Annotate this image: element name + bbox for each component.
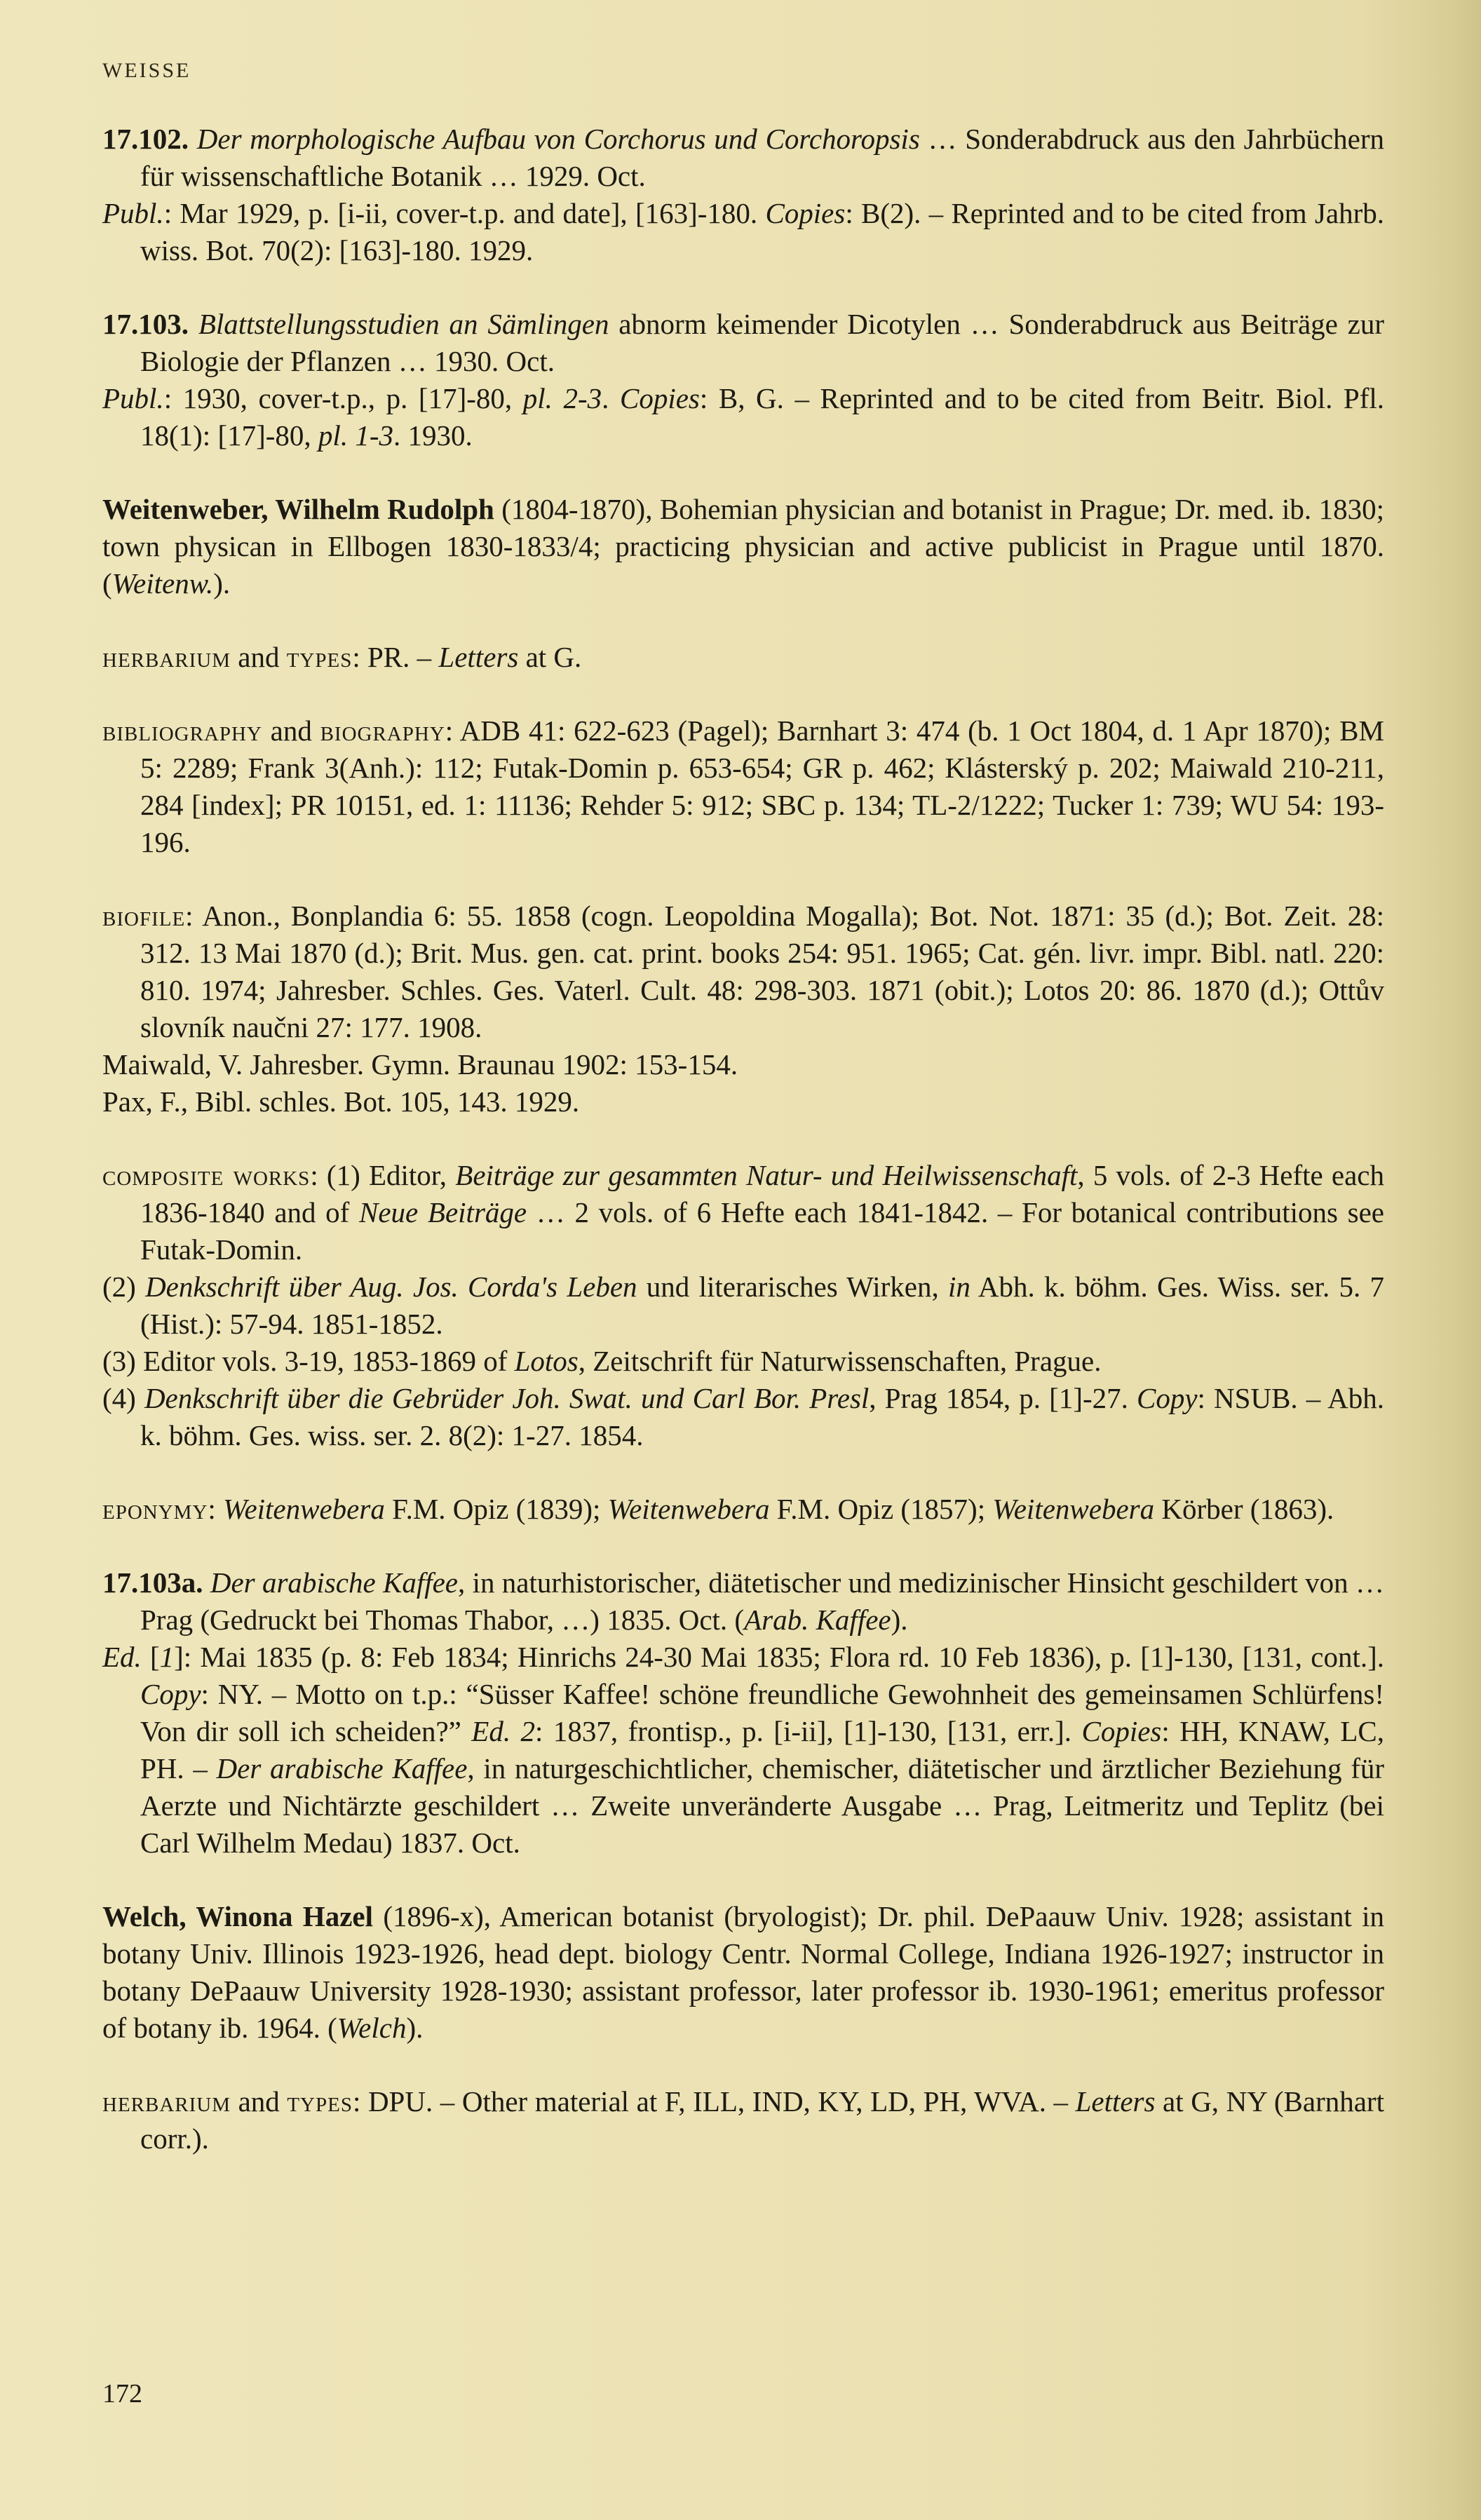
text-run: (4) xyxy=(102,1382,144,1414)
text-run: : (1) Editor, xyxy=(310,1159,455,1191)
section-label: herbarium xyxy=(102,2085,231,2118)
paragraph: Weitenweber, Wilhelm Rudolph (1804-1870)… xyxy=(102,491,1384,602)
paragraph: Publ.: Mar 1929, p. [i-ii, cover-t.p. an… xyxy=(102,195,1384,269)
section-label: herbarium xyxy=(102,641,231,673)
text-run: [ xyxy=(142,1641,160,1673)
text-run xyxy=(189,308,198,340)
block-spacer xyxy=(102,1862,1384,1898)
entry-heading: 17.103a. xyxy=(102,1566,203,1599)
text-run: Maiwald, V. Jahresber. Gymn. Braunau 190… xyxy=(102,1048,738,1081)
text-run: (2) xyxy=(102,1271,145,1303)
paragraph: Pax, F., Bibl. schles. Bot. 105, 143. 19… xyxy=(102,1083,1384,1120)
text-run: Denkschrift über Aug. Jos. Corda's Leben xyxy=(145,1271,637,1303)
text-run: : 1837, frontisp., p. [i-ii], [1]-130, [… xyxy=(535,1715,1081,1747)
entry-17-102: 17.102. Der morphologische Aufbau von Co… xyxy=(102,121,1384,269)
text-run: ). xyxy=(406,2012,423,2044)
text-run: Der arabische Kaffee xyxy=(217,1752,468,1784)
paragraph: herbarium and types: PR. – Letters at G. xyxy=(102,639,1384,676)
text-run: . xyxy=(602,382,620,414)
text-run: Letters xyxy=(438,641,518,673)
text-run: Copies xyxy=(620,382,700,414)
text-run: , Prag 1854, p. [1]-27. xyxy=(869,1382,1137,1414)
text-run: . 1930. xyxy=(393,419,473,452)
text-run: , Zeitschrift für Naturwissenschaften, P… xyxy=(579,1345,1102,1377)
text-run: Weitenwebera xyxy=(223,1493,385,1525)
paragraph: Welch, Winona Hazel (1896-x), American b… xyxy=(102,1898,1384,2047)
paragraph: 17.102. Der morphologische Aufbau von Co… xyxy=(102,121,1384,195)
section-label: composite works xyxy=(102,1159,310,1191)
text-run: Weitenwebera xyxy=(992,1493,1154,1525)
paragraph: 17.103. Blattstellungsstudien an Sämling… xyxy=(102,306,1384,380)
text-run: Publ. xyxy=(102,197,164,229)
paragraph: biofile: Anon., Bonplandia 6: 55. 1858 (… xyxy=(102,897,1384,1046)
page-content: 17.102. Der morphologische Aufbau von Co… xyxy=(102,121,1384,2157)
weitenweber-herbarium: herbarium and types: PR. – Letters at G. xyxy=(102,639,1384,676)
entry-heading: 17.103. xyxy=(102,308,189,340)
text-run: : 1930, cover-t.p., p. [17]-80, xyxy=(164,382,523,414)
entry-heading: Weitenweber, Wilhelm Rudolph xyxy=(102,493,494,525)
paragraph: eponymy: Weitenwebera F.M. Opiz (1839); … xyxy=(102,1491,1384,1528)
block-spacer xyxy=(102,1120,1384,1157)
text-run: Der morphologische Aufbau von Corchorus … xyxy=(197,123,920,155)
text-run: : xyxy=(208,1493,223,1525)
text-run: Ed. 2 xyxy=(471,1715,535,1747)
text-run: pl. 2-3 xyxy=(523,382,602,414)
text-run: ). xyxy=(891,1604,908,1636)
weitenweber-eponymy: eponymy: Weitenwebera F.M. Opiz (1839); … xyxy=(102,1491,1384,1528)
entry-heading: 17.102. xyxy=(102,123,189,155)
text-run: pl. 1-3 xyxy=(318,419,393,452)
text-run: F.M. Opiz (1839); xyxy=(385,1493,608,1525)
section-label: biography xyxy=(320,714,445,747)
block-spacer xyxy=(102,1454,1384,1491)
text-run: Blattstellungsstudien an Sämlingen xyxy=(198,308,609,340)
text-run: Letters xyxy=(1076,2085,1156,2118)
weitenweber-composite-works: composite works: (1) Editor, Beiträge zu… xyxy=(102,1157,1384,1454)
text-run: and xyxy=(231,2085,287,2118)
paragraph: herbarium and types: DPU. – Other materi… xyxy=(102,2083,1384,2157)
text-run: Lotos xyxy=(515,1345,579,1377)
paragraph: bibliography and biography: ADB 41: 622-… xyxy=(102,712,1384,861)
entry-17-103: 17.103. Blattstellungsstudien an Sämling… xyxy=(102,306,1384,454)
text-run: ]: Mai 1835 (p. 8: Feb 1834; Hinrichs 24… xyxy=(174,1641,1384,1673)
block-spacer xyxy=(102,2047,1384,2083)
text-run: F.M. Opiz (1857); xyxy=(769,1493,992,1525)
weitenweber-biofile: biofile: Anon., Bonplandia 6: 55. 1858 (… xyxy=(102,897,1384,1120)
page-number: 172 xyxy=(102,2378,142,2409)
text-run: Weitenwebera xyxy=(608,1493,770,1525)
paragraph: (3) Editor vols. 3-19, 1853-1869 of Loto… xyxy=(102,1343,1384,1380)
section-label: eponymy xyxy=(102,1493,208,1525)
entry-heading: Welch, Winona Hazel xyxy=(102,1900,373,1932)
text-run: : PR. – xyxy=(352,641,438,673)
paragraph: (4) Denkschrift über die Gebrüder Joh. S… xyxy=(102,1380,1384,1454)
running-head: WEISSE xyxy=(102,59,191,83)
text-run: ). xyxy=(213,567,230,599)
text-run: Copy xyxy=(140,1678,201,1710)
block-spacer xyxy=(102,676,1384,712)
text-run: (3) Editor vols. 3-19, 1853-1869 of xyxy=(102,1345,515,1377)
author-weitenweber: Weitenweber, Wilhelm Rudolph (1804-1870)… xyxy=(102,491,1384,602)
weitenweber-bibliography: bibliography and biography: ADB 41: 622-… xyxy=(102,712,1384,861)
text-run xyxy=(203,1566,210,1599)
text-run: 1 xyxy=(160,1641,175,1673)
text-run: : Mar 1929, p. [i-ii, cover-t.p. and dat… xyxy=(164,197,766,229)
entry-17-103a: 17.103a. Der arabische Kaffee, in naturh… xyxy=(102,1564,1384,1862)
text-run: Körber (1863). xyxy=(1154,1493,1334,1525)
text-run: : DPU. – Other material at F, ILL, IND, … xyxy=(353,2085,1076,2118)
text-run: : Anon., Bonplandia 6: 55. 1858 (cogn. L… xyxy=(140,900,1384,1043)
text-run: Denkschrift über die Gebrüder Joh. Swat.… xyxy=(144,1382,869,1414)
text-run: Neue Beiträge xyxy=(359,1196,527,1228)
text-run: and xyxy=(231,641,287,673)
text-run: Beiträge zur gesammten Natur- und Heilwi… xyxy=(455,1159,1077,1191)
welch-herbarium: herbarium and types: DPU. – Other materi… xyxy=(102,2083,1384,2157)
section-label: types xyxy=(287,2085,353,2118)
text-run: and xyxy=(262,714,320,747)
text-run: in xyxy=(948,1271,971,1303)
text-run: Weitenw. xyxy=(112,567,214,599)
paragraph: Ed. [1]: Mai 1835 (p. 8: Feb 1834; Hinri… xyxy=(102,1639,1384,1862)
text-run: Copies xyxy=(765,197,845,229)
block-spacer xyxy=(102,454,1384,491)
section-label: bibliography xyxy=(102,714,262,747)
text-run: Der arabische Kaffee xyxy=(210,1566,458,1599)
paragraph: (2) Denkschrift über Aug. Jos. Corda's L… xyxy=(102,1268,1384,1343)
paragraph: 17.103a. Der arabische Kaffee, in naturh… xyxy=(102,1564,1384,1639)
text-run: Publ. xyxy=(102,382,164,414)
block-spacer xyxy=(102,269,1384,306)
text-run: und literarisches Wirken, xyxy=(637,1271,948,1303)
block-spacer xyxy=(102,1528,1384,1564)
paragraph: Maiwald, V. Jahresber. Gymn. Braunau 190… xyxy=(102,1046,1384,1083)
text-run xyxy=(189,123,197,155)
section-label: types xyxy=(287,641,353,673)
text-run: Copy xyxy=(1137,1382,1198,1414)
block-spacer xyxy=(102,602,1384,639)
text-run: Arab. Kaffee xyxy=(744,1604,891,1636)
paragraph: Publ.: 1930, cover-t.p., p. [17]-80, pl.… xyxy=(102,380,1384,454)
section-label: biofile xyxy=(102,900,185,932)
text-run: Ed. xyxy=(102,1641,142,1673)
text-run: Copies xyxy=(1082,1715,1162,1747)
text-run: at G. xyxy=(518,641,581,673)
paragraph: composite works: (1) Editor, Beiträge zu… xyxy=(102,1157,1384,1268)
author-welch: Welch, Winona Hazel (1896-x), American b… xyxy=(102,1898,1384,2047)
block-spacer xyxy=(102,861,1384,897)
text-run: Pax, F., Bibl. schles. Bot. 105, 143. 19… xyxy=(102,1085,579,1118)
text-run: Welch xyxy=(337,2012,407,2044)
